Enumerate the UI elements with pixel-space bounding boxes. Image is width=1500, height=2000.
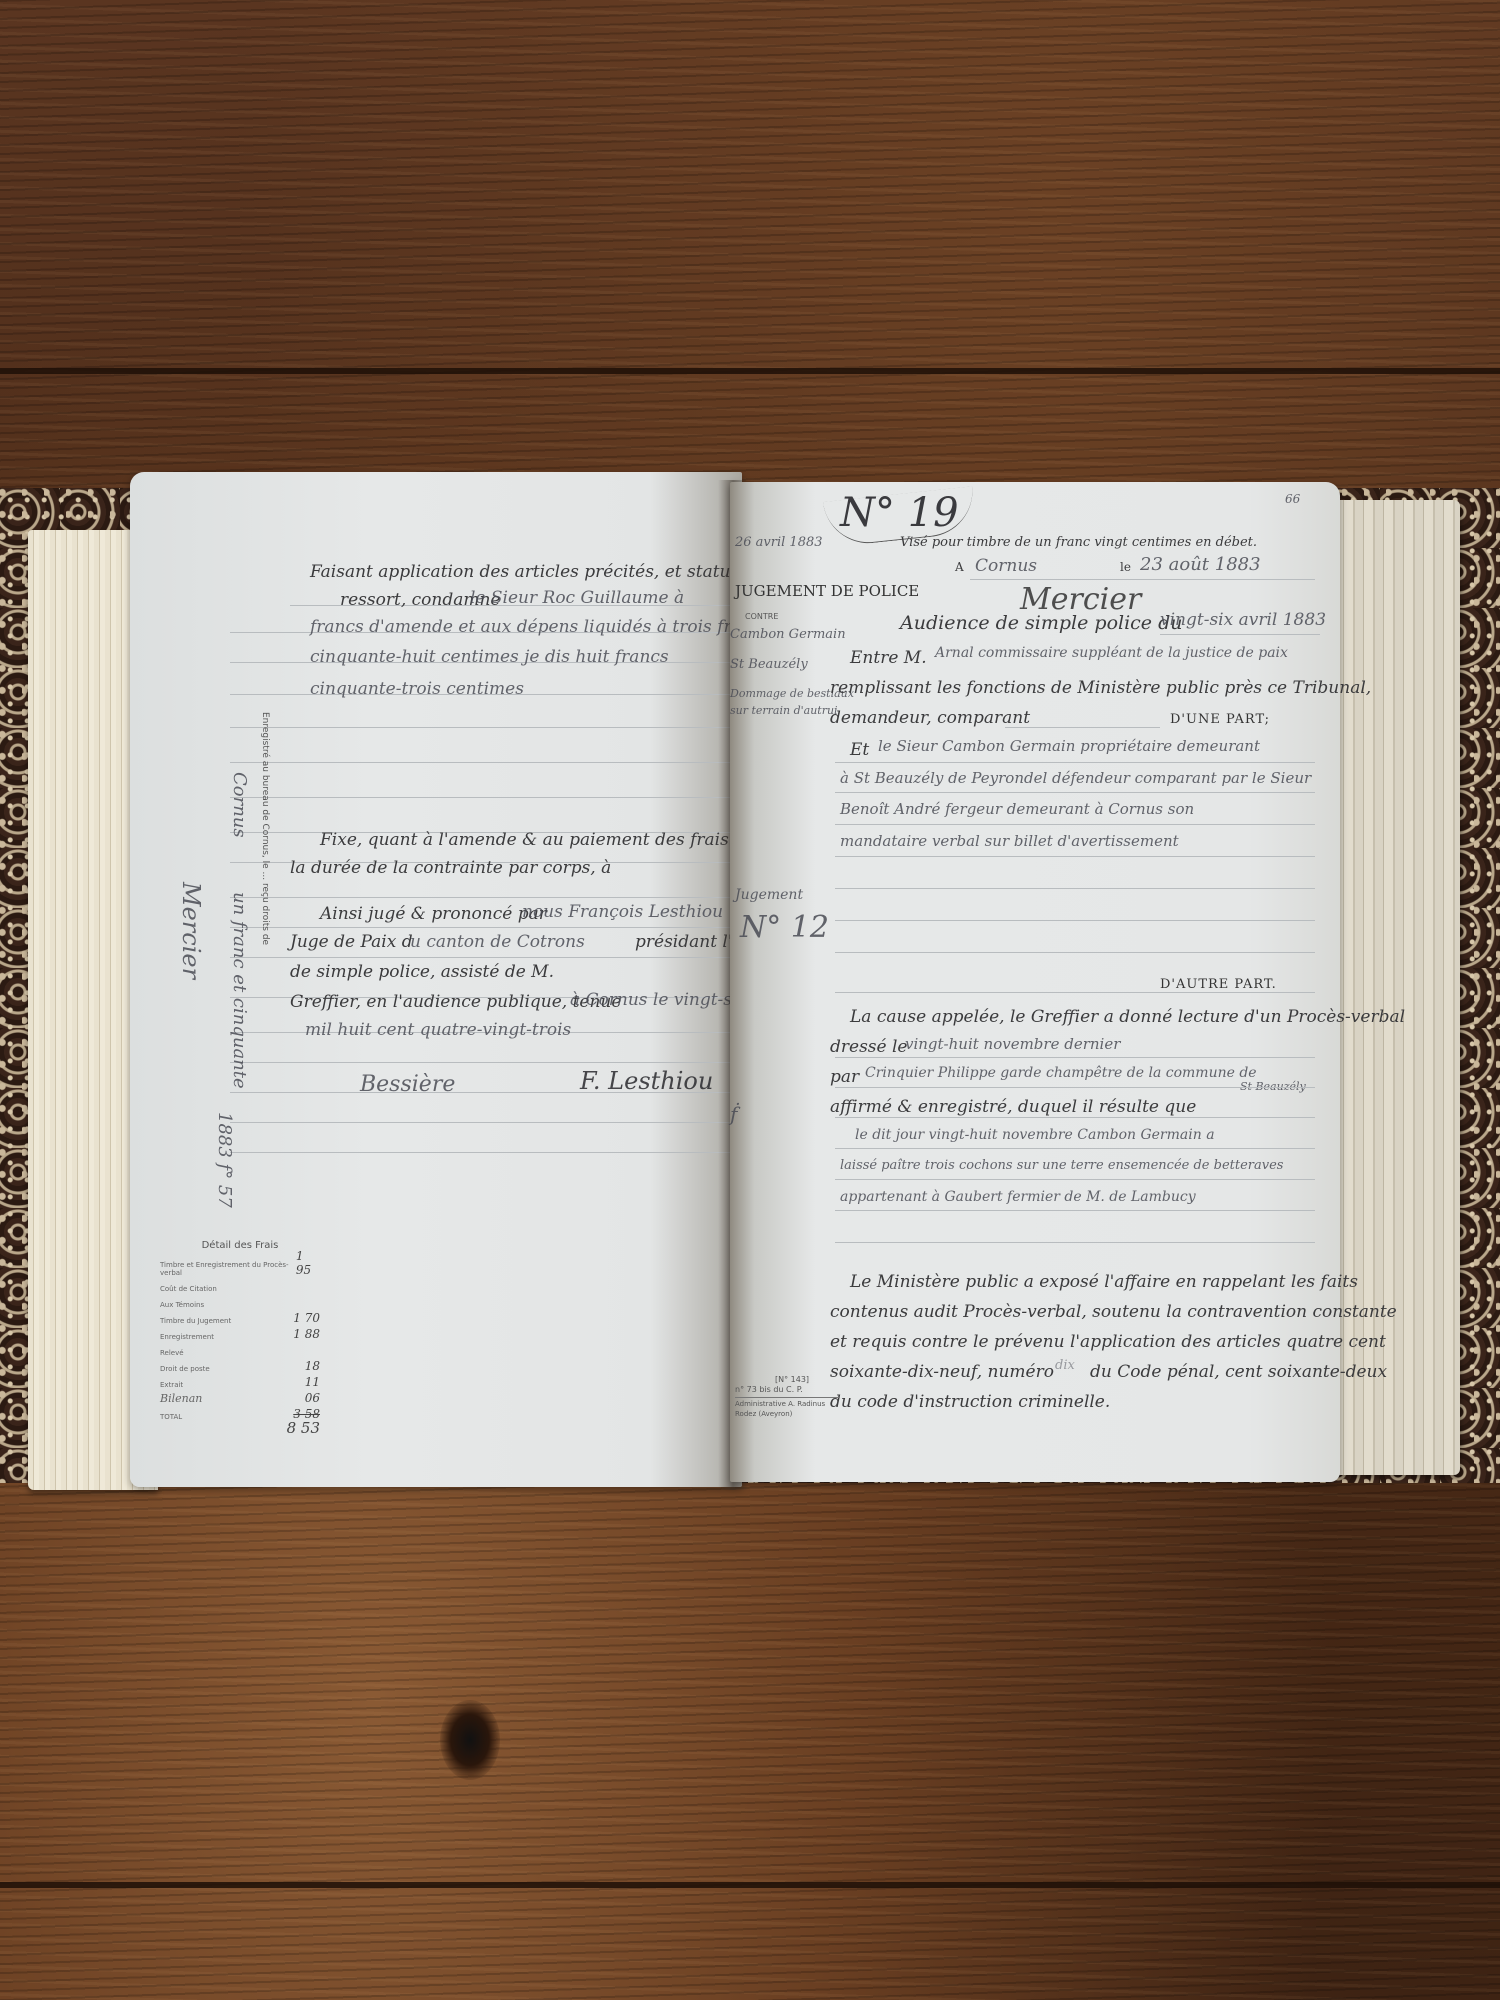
handwritten-text: vingt-huit novembre dernier: [905, 1035, 1120, 1053]
printed-text: Le Ministère public a exposé l'affaire e…: [850, 1272, 1358, 1292]
handwritten-text: appartenant à Gaubert fermier de M. de L…: [840, 1189, 1196, 1205]
stamp-date: 23 août 1883: [1140, 554, 1261, 575]
handwritten-text: francs d'amende et aux dépens liquidés à…: [310, 617, 771, 637]
printed-text: remplissant les fonctions de Ministère p…: [830, 678, 1371, 698]
printed-text: Juge de Paix d: [290, 932, 413, 952]
audience-heading: Audience de simple police du: [900, 612, 1183, 634]
handwritten-text: cinquante-trois centimes: [310, 679, 524, 699]
right-page-stack: [1335, 500, 1460, 1475]
printed-text: Ainsi jugé & prononcé par: [320, 904, 547, 924]
handwritten-text: le Sieur Cambon Germain propriétaire dem…: [878, 737, 1260, 755]
margin-jugement: Jugement: [735, 887, 803, 903]
handwritten-text: mil huit cent quatre-vingt-trois: [305, 1020, 571, 1040]
handwritten-text: le Sieur Roc Guillaume à: [470, 588, 684, 608]
printed-text: et requis contre le prévenu l'applicatio…: [830, 1332, 1386, 1352]
handwritten-text: mandataire verbal sur billet d'avertisse…: [840, 832, 1179, 850]
handwritten-text: Crinquier Philippe garde champêtre de la…: [865, 1065, 1257, 1081]
margin-title: JUGEMENT DE POLICE: [735, 582, 919, 600]
printed-text: dressé le: [830, 1037, 907, 1057]
printed-text: Entre M.: [850, 648, 927, 668]
printed-text: Et: [850, 740, 869, 760]
margin-printed-vertical: Enregistré au bureau de Cornus, le ... r…: [260, 712, 270, 945]
table-board-seam: [0, 1882, 1500, 1888]
printed-text: du Code pénal, cent soixante-deux: [1090, 1362, 1387, 1382]
margin-date: 26 avril 1883: [735, 535, 823, 550]
stamp-line: Visé pour timbre de un franc vingt centi…: [900, 535, 1257, 550]
handwritten-text: nous François Lesthiou: [522, 902, 723, 922]
wood-knot: [440, 1700, 500, 1780]
fee-row: Timbre du Jugement1 70: [160, 1309, 320, 1325]
printed-text: la durée de la contrainte par corps, à: [290, 858, 611, 878]
fee-row: Droit de poste18: [160, 1357, 320, 1373]
printed-text: demandeur, comparant: [830, 708, 1030, 728]
handwritten-text: dix: [1055, 1358, 1075, 1373]
fee-row: Relevé: [160, 1341, 320, 1357]
handwritten-text: cinquante-huit centimes je dis huit fran…: [310, 647, 669, 667]
printed-text: Faisant application des articles précité…: [310, 562, 785, 582]
printed-text: La cause appelée, le Greffier a donné le…: [850, 1007, 1405, 1027]
printed-text: contenus audit Procès-verbal, soutenu la…: [830, 1302, 1397, 1322]
margin-hand-vertical: 1883 f° 57: [214, 1112, 235, 1208]
dautre-part-label: D'AUTRE PART.: [1160, 977, 1277, 992]
printed-text: soixante-dix-neuf, numéro: [830, 1362, 1054, 1382]
fee-row: Aux Témoins: [160, 1293, 320, 1309]
dune-part-label: D'UNE PART;: [1170, 712, 1270, 727]
margin-footer: [N° 143]: [775, 1375, 809, 1384]
handwritten-text: Benoît André fergeur demeurant à Cornus …: [840, 800, 1194, 818]
margin-footer: n° 73 bis du C. P.: [735, 1385, 803, 1394]
page-number: 66: [1285, 492, 1300, 506]
stamp-place-prefix: A: [955, 560, 964, 574]
margin-place: St Beauzély: [730, 657, 808, 672]
margin-jugement-number: N° 12: [740, 910, 829, 945]
right-page: N° 19 66 26 avril 1883 Visé pour timbre …: [730, 482, 1340, 1482]
handwritten-text: Arnal commissaire suppléant de la justic…: [935, 645, 1288, 661]
printed-text: affirmé & enregistré, duquel il résulte …: [830, 1097, 1196, 1117]
stamp-date-prefix: le: [1120, 560, 1131, 574]
audience-date: vingt-six avril 1883: [1160, 610, 1326, 630]
handwritten-text: le dit jour vingt-huit novembre Cambon G…: [855, 1127, 1215, 1143]
margin-hand-vertical: Cornus: [229, 772, 250, 838]
margin-initials: ḟ: [730, 1102, 737, 1126]
stamp-place: Cornus: [975, 556, 1037, 576]
table-board-seam: [0, 368, 1500, 374]
margin-hand-vertical: un franc et cinquante: [229, 892, 250, 1089]
handwritten-text: laissé paître trois cochons sur une terr…: [840, 1158, 1283, 1173]
fee-total-corrected: 8 53: [160, 1421, 320, 1437]
margin-defendant: Cambon Germain: [730, 627, 846, 642]
fee-row: Coût de Citation: [160, 1277, 320, 1293]
margin-footer: Rodez (Aveyron): [735, 1410, 792, 1418]
margin-contre: CONTRE: [745, 612, 778, 621]
fee-row: Timbre et Enregistrement du Procès-verba…: [160, 1261, 320, 1277]
printed-text: de simple police, assisté de M.: [290, 962, 554, 982]
margin-offense: sur terrain d'autrui: [730, 704, 838, 717]
fee-row: Bilenan06: [160, 1389, 320, 1405]
margin-footer: Administrative A. Radinus: [735, 1400, 825, 1408]
printed-text: du code d'instruction criminelle.: [830, 1392, 1110, 1412]
signature-left: Bessière: [360, 1072, 455, 1097]
fees-detail: Détail des Frais Timbre et Enregistremen…: [160, 1240, 320, 1437]
fee-row: Enregistrement1 88: [160, 1325, 320, 1341]
signature-right: F. Lesthiou: [580, 1067, 713, 1095]
printed-text: par: [830, 1067, 859, 1087]
handwritten-text: à St Beauzély de Peyrondel défendeur com…: [840, 769, 1311, 787]
handwritten-text: u canton de Cotrons: [410, 932, 585, 952]
fee-row: Extrait11: [160, 1373, 320, 1389]
margin-signature-vertical: Mercier: [177, 882, 205, 979]
